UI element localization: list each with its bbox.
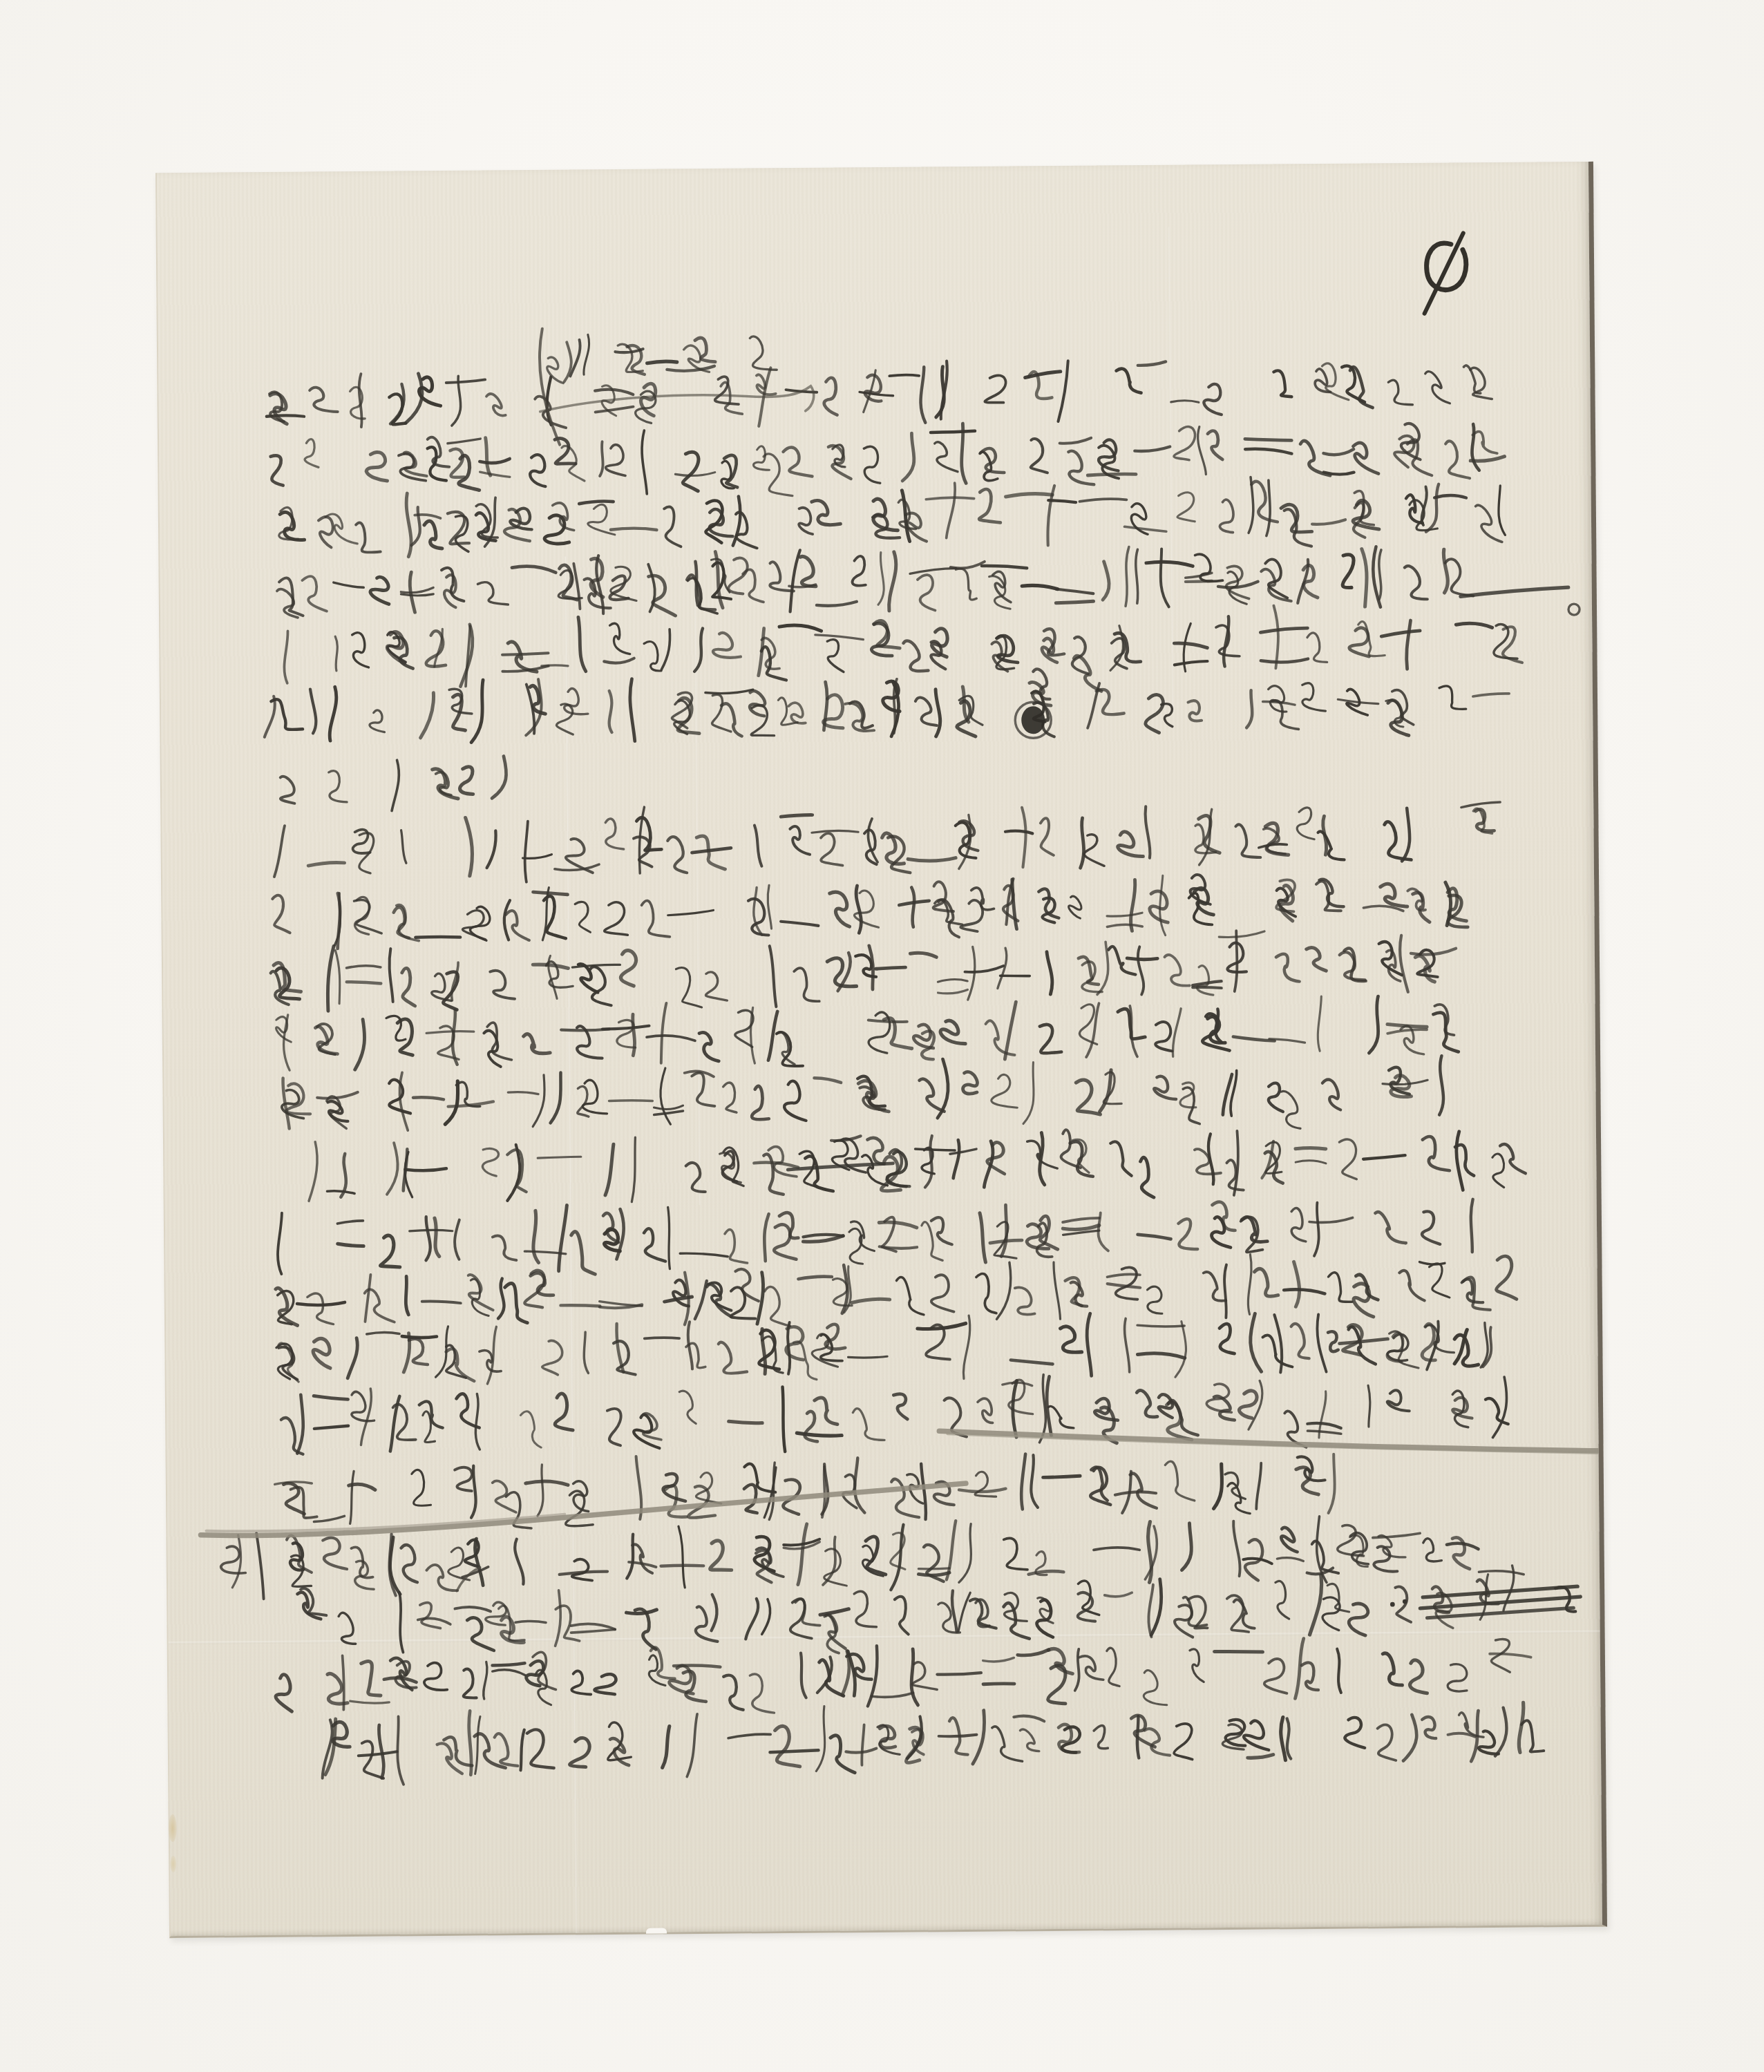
- paper-edge-notch: [646, 1928, 667, 1933]
- handwritten-insertion: [1426, 1570, 1566, 1626]
- edge-stain: [170, 1856, 176, 1872]
- handwriting-lines-layer: 今の日本の常況は、どちらもはっきり、態度をきめなければならないと言うところへ来て…: [157, 162, 1588, 173]
- line-transcript: まり気が進まないのですが、— その内なにか面白い事が起る: [272, 1134, 1502, 1192]
- page-number: 4: [1422, 229, 1450, 281]
- handwritten-line: まり気が進まないのですが、— その内なにか面白い事が起る: [272, 1134, 1502, 1214]
- line-transcript: も感じさせます。: [269, 758, 524, 804]
- handwritten-insertion: [1025, 660, 1087, 703]
- line-transcript: 今の日本の常況は、どちらもはっきり、態度をきめなければならないと言う: [265, 359, 1517, 427]
- letter-page: 4 めいめいが なる それで 今の日本の常況は、どちらもはっきり、態度をきめなけ…: [155, 162, 1607, 1938]
- edge-stain: [169, 1814, 177, 1842]
- line-transcript: と言ったものを家具として使うわけです。イサム野口さんが: [274, 1456, 1352, 1522]
- scanned-letter-stage: 4 めいめいが なる それで 今の日本の常況は、どちらもはっきり、態度をきめなけ…: [0, 0, 1764, 2072]
- handwritten-line: も感じさせます。: [269, 758, 524, 826]
- handwritten-line: が、『不在の人間』には、あじきなくなって行くのではないかと言う不安: [268, 678, 1512, 759]
